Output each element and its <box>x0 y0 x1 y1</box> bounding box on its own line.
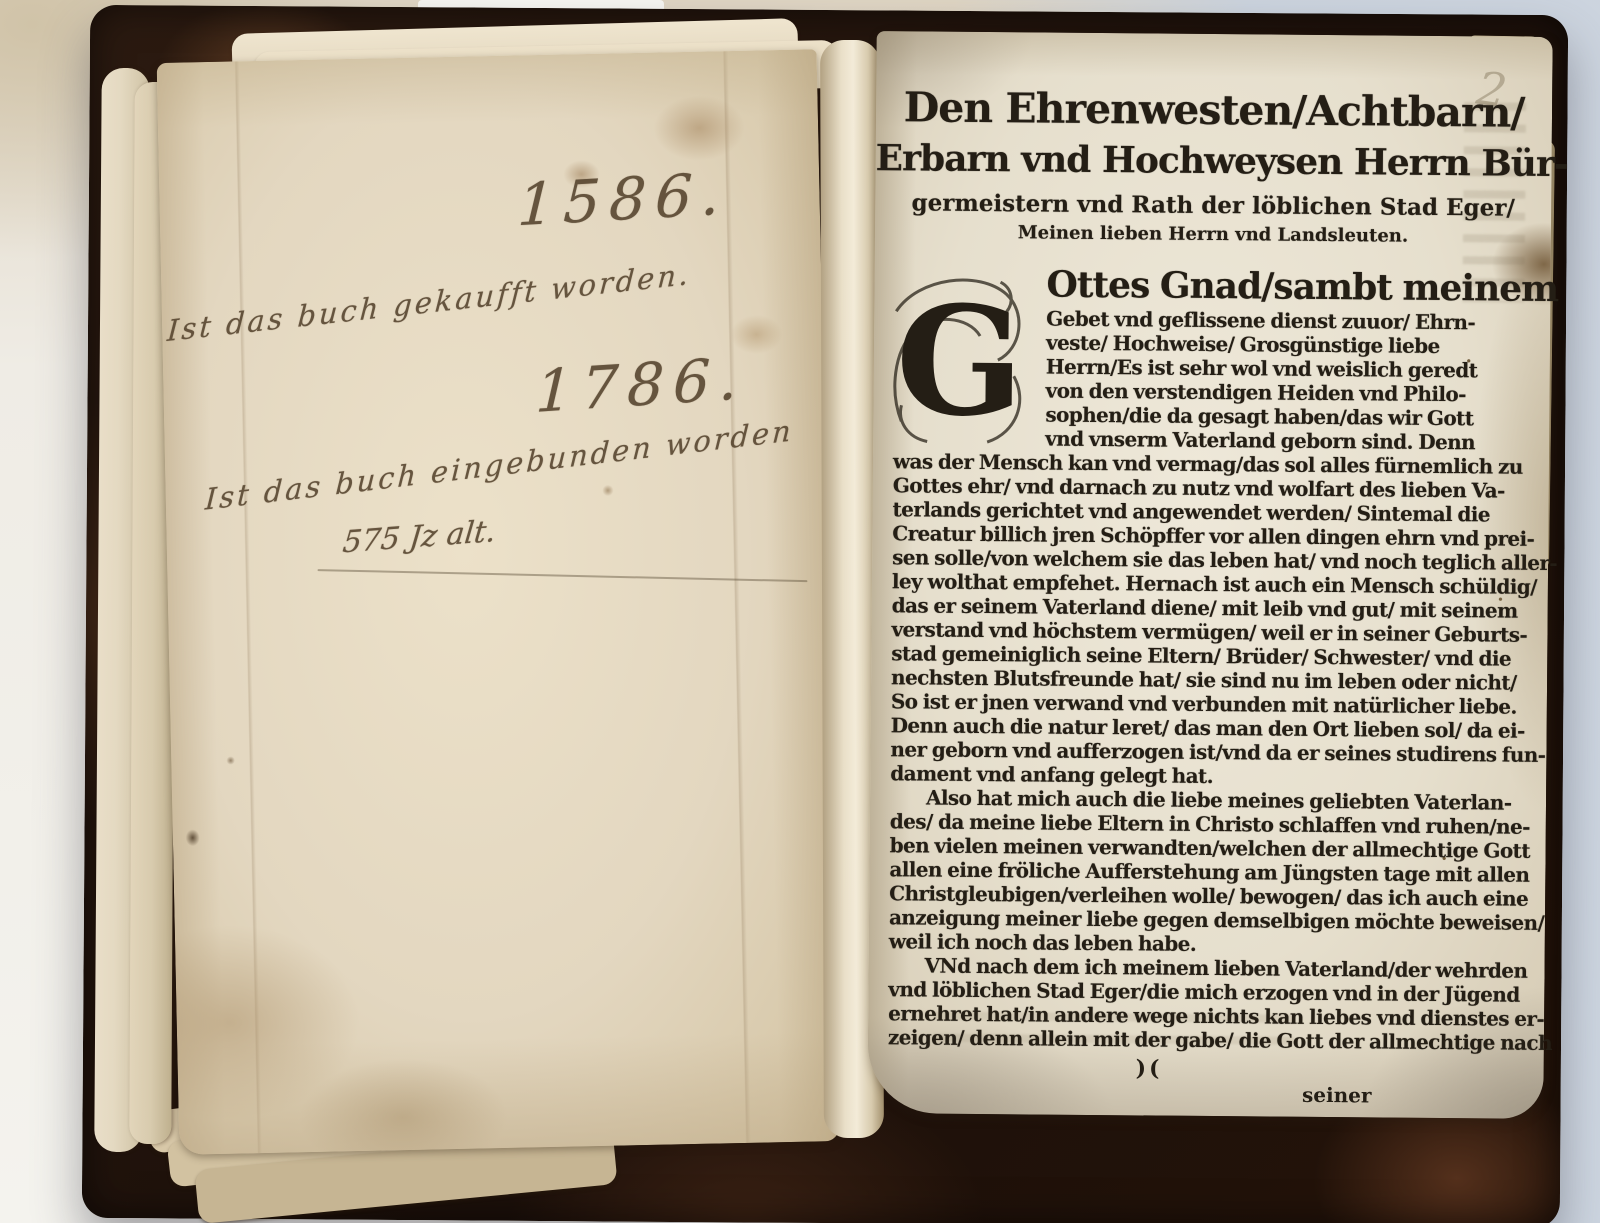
handwritten-year-1786: 1786. <box>534 344 747 426</box>
photo-of-antique-book: 1586. Ist das buch gekaufft worden. 1786… <box>0 0 1600 1223</box>
handwritten-purchase-note: Ist das buch gekaufft worden. <box>166 257 692 348</box>
dedication-heading-line-3: germeistern vnd Rath der löblichen Stad … <box>875 189 1551 222</box>
left-flyleaf-page: 1586. Ist das buch gekaufft worden. 1786… <box>157 49 840 1155</box>
age-note-underline <box>318 569 808 582</box>
handwritten-age-note: 575 Jz alt. <box>341 514 497 561</box>
catchword: seiner <box>887 1079 1475 1108</box>
dedication-heading-line-1: Den Ehrenwesten/Achtbarn/ <box>876 83 1552 137</box>
printed-dedication-page: 2 Den Ehrenwesten/Achtbarn/ Erbarn vnd H… <box>867 31 1552 1119</box>
handwritten-year-1586: 1586. <box>516 159 730 239</box>
handwritten-binding-note: Ist das buch eingebunden worden <box>204 413 794 517</box>
body-line: Ottes Gnad/sambt meinem <box>1046 263 1482 311</box>
dedication-body-text: Ottes Gnad/sambt meinem Gebet vnd geflis… <box>887 261 1482 1108</box>
body-line: zeigen/ denn allein mit der gabe/ die Go… <box>888 1025 1476 1054</box>
dedication-heading-line-2: Erbarn vnd Hochweysen Herrn Bür- <box>875 137 1551 185</box>
signature-mark: )( <box>1136 1055 1476 1084</box>
dedication-heading-line-4: Meinen lieben Herrn vnd Landsleuten. <box>875 221 1551 248</box>
